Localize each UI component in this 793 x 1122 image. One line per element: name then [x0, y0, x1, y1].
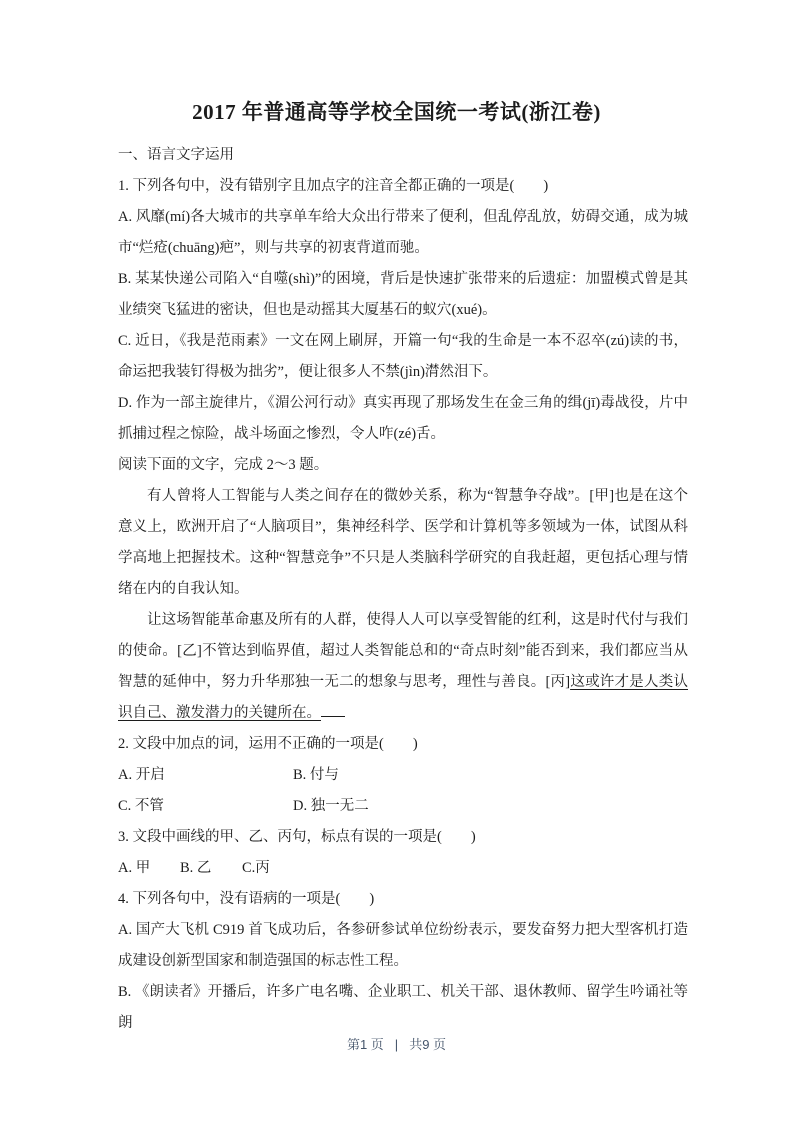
section-heading: 一、语言文字运用 — [118, 140, 688, 171]
underline-extension — [321, 701, 345, 717]
q1-option-a: A. 风靡(mí)各大城市的共享单车给大众出行带来了便利，但乱停乱放，妨碍交通，… — [118, 202, 688, 264]
q4-stem: 4. 下列各句中，没有语病的一项是( ) — [118, 884, 688, 915]
q2-option-c: C. 不管 — [118, 791, 293, 822]
passage-paragraph-1: 有人曾将人工智能与人类之间存在的微妙关系，称为“智慧争夺战”。[甲]也是在这个意… — [118, 481, 688, 605]
q3-stem: 3. 文段中画线的甲、乙、丙句，标点有误的一项是( ) — [118, 822, 688, 853]
q2-options-row-2: C. 不管 D. 独一无二 — [118, 791, 688, 822]
q2-option-b: B. 付与 — [293, 760, 339, 791]
footer-page-count: 共9 页 — [409, 1037, 446, 1052]
page-footer: 第1 页|共9 页 — [0, 1036, 793, 1054]
q1-stem: 1. 下列各句中，没有错别字且加点字的注音全都正确的一项是( ) — [118, 171, 688, 202]
q3-option-c: C.丙 — [242, 853, 270, 884]
document-body: 一、语言文字运用 1. 下列各句中，没有错别字且加点字的注音全都正确的一项是( … — [118, 140, 688, 1039]
q3-options-row: A. 甲 B. 乙 C.丙 — [118, 853, 688, 884]
q2-options-row-1: A. 开启 B. 付与 — [118, 760, 688, 791]
q3-option-b: B. 乙 — [180, 853, 242, 884]
footer-page-number: 第1 页 — [347, 1037, 384, 1052]
q2-stem: 2. 文段中加点的词，运用不正确的一项是( ) — [118, 729, 688, 760]
reading-prompt: 阅读下面的文字，完成 2～3 题。 — [118, 450, 688, 481]
q1-option-b: B. 某某快递公司陷入“自噬(shì)”的困境，背后是快速扩张带来的后遗症：加盟… — [118, 264, 688, 326]
q2-option-d: D. 独一无二 — [293, 791, 369, 822]
q1-option-c: C. 近日，《我是范雨素》一文在网上刷屏，开篇一句“我的生命是一本不忍卒(zú)… — [118, 326, 688, 388]
exam-document-page: 2017 年普通高等学校全国统一考试(浙江卷) 一、语言文字运用 1. 下列各句… — [0, 0, 793, 1122]
q2-option-a: A. 开启 — [118, 760, 293, 791]
q3-option-a: A. 甲 — [118, 853, 180, 884]
q4-option-b: B. 《朗读者》开播后，许多广电名嘴、企业职工、机关干部、退休教师、留学生吟诵社… — [118, 977, 688, 1039]
q1-option-d: D. 作为一部主旋律片，《湄公河行动》真实再现了那场发生在金三角的缉(jī)毒战… — [118, 388, 688, 450]
q4-option-a: A. 国产大飞机 C919 首飞成功后，各参研参试单位纷纷表示，要发奋努力把大型… — [118, 915, 688, 977]
footer-separator: | — [395, 1037, 398, 1052]
passage-paragraph-2: 让这场智能革命惠及所有的人群，使得人人可以享受智能的红利，这是时代付与我们的使命… — [118, 605, 688, 729]
doc-title: 2017 年普通高等学校全国统一考试(浙江卷) — [0, 98, 793, 126]
